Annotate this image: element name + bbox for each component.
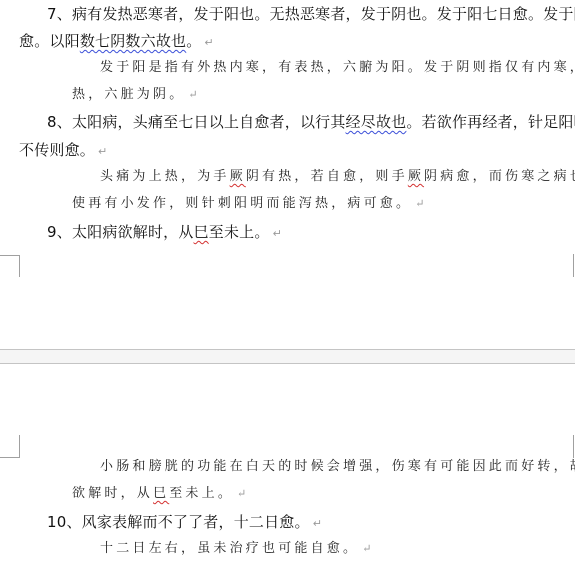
text: 10、风家表解而不了了者，十二日愈。 [47,513,310,531]
crop-mark-bottom-left [0,255,20,277]
commentary-7-line-1[interactable]: 发于阳是指有外热内寒，有表热，六腑为阳。发于阴则指仅有内寒，而表无 [100,58,575,78]
commentary-8-line-1[interactable]: 头痛为上热，为手厥阴有热，若自愈，则手厥阴病愈，而伤寒之病也愈。即 [100,167,575,187]
text: 愈。以阳 [19,32,80,50]
crop-mark-bottom-right [573,254,574,277]
commentary-8-line-2[interactable]: 使再有小发作，则针刺阳明而能泻热，病可愈。↵ [72,194,424,214]
paragraph-8-line-1[interactable]: 8、太阳病，头痛至七日以上自愈者，以行其经尽故也。若欲作再经者，针足阳明使经 [47,112,575,132]
text: 9、太阳病欲解时，从 [47,223,194,241]
text: 不传则愈。 [19,141,95,159]
grammar-flagged-text[interactable]: 数七阴数六故也 [80,32,186,50]
text: 发于阳是指有外热内寒，有表热，六腑为阳。发于阴则指仅有内寒，而表无 [100,60,575,75]
paragraph-mark-icon: ↵ [273,227,282,240]
paragraph-mark-icon: ↵ [188,88,197,101]
paragraph-mark-icon: ↵ [98,145,107,158]
text: 8、太阳病，头痛至七日以上自愈者，以行其 [47,113,346,131]
crop-mark-top-left [0,435,20,458]
text: 阴病愈，而伤寒之病也愈。即 [424,169,575,184]
text: 小肠和膀胱的功能在白天的时候会增强，伤寒有可能因此而好转，故所谓， [100,459,575,474]
text: 十二日左右，虽未治疗也可能自愈。 [100,541,359,556]
commentary-9-line-2[interactable]: 欲解时，从巳至未上。↵ [72,484,246,504]
paragraph-mark-icon: ↵ [362,542,371,555]
text: 头痛为上热，为手 [100,169,230,184]
spelling-flagged-text[interactable]: 厥 [408,169,424,184]
commentary-10-line-1[interactable]: 十二日左右，虽未治疗也可能自愈。↵ [100,539,371,559]
paragraph-7-line-1[interactable]: 7、病有发热恶寒者，发于阳也。无热恶寒者，发于阴也。发于阳七日愈。发于阴六日 [47,4,575,24]
paragraph-7-line-2[interactable]: 愈。以阳数七阴数六故也。↵ [19,31,214,53]
grammar-flagged-text[interactable]: 经尽故也 [346,113,407,131]
text: 欲解时，从 [72,486,153,501]
spelling-flagged-text[interactable]: 巳 [194,223,209,241]
paragraph-mark-icon: ↵ [313,517,322,530]
commentary-9-line-1[interactable]: 小肠和膀胱的功能在白天的时候会增强，伤寒有可能因此而好转，故所谓， [100,457,575,477]
paragraph-8-line-2[interactable]: 不传则愈。↵ [19,140,107,162]
paragraph-mark-icon: ↵ [415,197,424,210]
paragraph-9-line-1[interactable]: 9、太阳病欲解时，从巳至未上。↵ [47,222,282,244]
text: 至未上。 [169,486,234,501]
spelling-flagged-text[interactable]: 巳 [153,486,169,501]
spelling-flagged-text[interactable]: 厥 [230,169,246,184]
paragraph-10-line-1[interactable]: 10、风家表解而不了了者，十二日愈。↵ [47,512,322,534]
page-break-gap [0,349,575,364]
text: 7、病有发热恶寒者，发于阳也。无热恶寒者，发于阴也。发于阳七日愈。发于阴六日 [47,5,575,23]
paragraph-mark-icon: ↵ [204,36,213,49]
text: 至未上。 [209,223,270,241]
text: 阴有热，若自愈，则手 [246,169,408,184]
text: 使再有小发作，则针刺阳明而能泻热，病可愈。 [72,196,412,211]
crop-mark-top-right [573,435,574,458]
text: 。若欲作再经者，针足阳明使经 [406,113,575,131]
document-page-1[interactable]: 7、病有发热恶寒者，发于阳也。无热恶寒者，发于阴也。发于阳七日愈。发于阴六日 愈… [0,0,575,349]
text: 。 [186,32,201,50]
commentary-7-line-2[interactable]: 热，六脏为阴。↵ [72,85,198,105]
paragraph-mark-icon: ↵ [237,487,246,500]
text: 热，六脏为阴。 [72,87,185,102]
